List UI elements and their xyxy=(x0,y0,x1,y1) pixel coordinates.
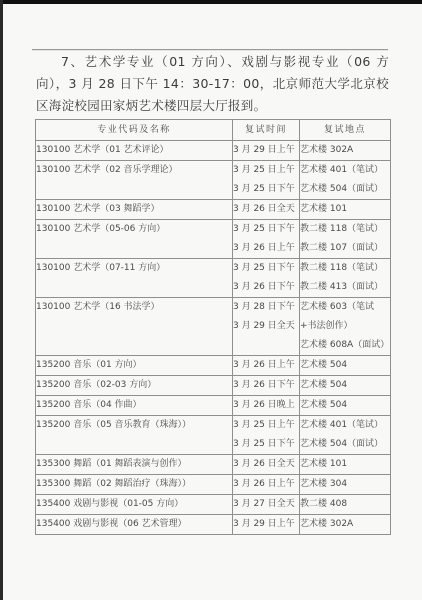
time-line: 3 月 25 日上午 xyxy=(233,416,299,435)
program-cell: 135300 舞蹈（02 舞蹈治疗（珠海）） xyxy=(36,475,233,495)
time-line: 3 月 26 日上午 xyxy=(233,239,299,258)
location-line: 教二楼 408 xyxy=(300,495,390,514)
time-cell: 3 月 25 日下午3 月 26 日下午 xyxy=(233,259,300,298)
top-divider xyxy=(32,49,388,50)
table-row: 135200 音乐（05 音乐教育（珠海））3 月 25 日上午3 月 25 日… xyxy=(36,416,391,455)
time-line: 3 月 26 日下午 xyxy=(233,376,299,395)
program-cell: 130100 艺术学（02 音乐学理论） xyxy=(36,161,233,200)
location-line: 艺术楼 608A（面试） xyxy=(300,336,390,355)
location-line: 教二楼 107（面试） xyxy=(300,239,390,258)
location-line: 艺术楼 302A xyxy=(300,515,390,534)
program-cell: 130100 艺术学（01 艺术评论） xyxy=(36,141,233,161)
location-line: 艺术楼 304 xyxy=(300,475,390,494)
location-cell: 艺术楼 304 xyxy=(300,475,391,495)
time-cell: 3 月 25 日上午3 月 25 日下午 xyxy=(233,416,300,455)
table-row: 135200 音乐（02-03 方向）3 月 26 日下午艺术楼 504 xyxy=(36,376,391,396)
location-line: 艺术楼 504 xyxy=(300,376,390,395)
col-header-program: 专业代码及名称 xyxy=(36,120,233,141)
location-line: 艺术楼 401（笔试） xyxy=(300,416,390,435)
time-line: 3 月 25 日上午 xyxy=(233,161,299,180)
location-cell: 艺术楼 101 xyxy=(300,455,391,475)
table-row: 135200 音乐（04 作曲）3 月 26 日晚上艺术楼 504 xyxy=(36,396,391,416)
time-line: 3 月 26 日全天 xyxy=(233,455,299,474)
location-cell: 艺术楼 302A xyxy=(300,515,391,535)
location-line: 教二楼 118（笔试） xyxy=(300,259,390,278)
location-line: 艺术楼 401（笔试） xyxy=(300,161,390,180)
program-cell: 135300 舞蹈（01 舞蹈表演与创作） xyxy=(36,455,233,475)
time-line: 3 月 29 日上午 xyxy=(233,515,299,534)
time-line: 3 月 26 日下午 xyxy=(233,278,299,297)
time-line: 3 月 26 日晚上 xyxy=(233,396,299,415)
program-cell: 135200 音乐（04 作曲） xyxy=(36,396,233,416)
time-cell: 3 月 26 日上午 xyxy=(233,475,300,495)
location-line: 教二楼 118（笔试） xyxy=(300,220,390,239)
col-header-location: 复试地点 xyxy=(300,120,391,141)
time-cell: 3 月 26 日下午 xyxy=(233,376,300,396)
time-line: 3 月 26 日上午 xyxy=(233,475,299,494)
time-line: 3 月 28 日下午 xyxy=(233,298,299,317)
program-cell: 130100 艺术学（05-06 方向） xyxy=(36,220,233,259)
time-line: 3 月 27 日全天 xyxy=(233,495,299,514)
location-line: 艺术楼 603（笔试+书法创作） xyxy=(300,298,390,336)
location-cell: 艺术楼 504 xyxy=(300,356,391,376)
table-row: 130100 艺术学（16 书法学）3 月 28 日下午3 月 29 日全天艺术… xyxy=(36,298,391,356)
location-cell: 艺术楼 401（笔试）艺术楼 504（面试） xyxy=(300,161,391,200)
time-line: 3 月 25 日下午 xyxy=(233,220,299,239)
time-cell: 3 月 26 日晚上 xyxy=(233,396,300,416)
program-cell: 135400 戏剧与影视（01-05 方向） xyxy=(36,495,233,515)
location-cell: 教二楼 408 xyxy=(300,495,391,515)
table-row: 135200 音乐（01 方向）3 月 26 日上午艺术楼 504 xyxy=(36,356,391,376)
table-header-row: 专业代码及名称 复试时间 复试地点 xyxy=(36,120,391,141)
table-row: 130100 艺术学（01 艺术评论）3 月 29 日上午艺术楼 302A xyxy=(36,141,391,161)
location-line: 艺术楼 504（面试） xyxy=(300,435,390,454)
location-line: 艺术楼 504 xyxy=(300,396,390,415)
location-line: 艺术楼 504（面试） xyxy=(300,180,390,199)
time-line: 3 月 29 日上午 xyxy=(233,141,299,160)
frame-left-edge xyxy=(0,0,3,600)
location-line: 艺术楼 302A xyxy=(300,141,390,160)
table-row: 135300 舞蹈（01 舞蹈表演与创作）3 月 26 日全天艺术楼 101 xyxy=(36,455,391,475)
program-cell: 135200 音乐（02-03 方向） xyxy=(36,376,233,396)
time-line: 3 月 25 日下午 xyxy=(233,180,299,199)
intro-paragraph: 7、艺术学专业（01 方向）、戏剧与影视专业（06 方向），3 月 28 日下午… xyxy=(36,51,389,117)
time-line: 3 月 26 日上午 xyxy=(233,356,299,375)
time-cell: 3 月 26 日全天 xyxy=(233,200,300,220)
program-cell: 135200 音乐（01 方向） xyxy=(36,356,233,376)
schedule-table: 专业代码及名称 复试时间 复试地点 130100 艺术学（01 艺术评论）3 月… xyxy=(35,119,391,535)
time-line: 3 月 26 日全天 xyxy=(233,200,299,219)
location-cell: 艺术楼 302A xyxy=(300,141,391,161)
time-cell: 3 月 28 日下午3 月 29 日全天 xyxy=(233,298,300,356)
location-cell: 艺术楼 504 xyxy=(300,396,391,416)
table-row: 130100 艺术学（03 舞蹈学）3 月 26 日全天艺术楼 101 xyxy=(36,200,391,220)
time-line: 3 月 25 日下午 xyxy=(233,435,299,454)
location-line: 艺术楼 101 xyxy=(300,455,390,474)
time-cell: 3 月 26 日全天 xyxy=(233,455,300,475)
table-row: 130100 艺术学（05-06 方向）3 月 25 日下午3 月 26 日上午… xyxy=(36,220,391,259)
time-cell: 3 月 25 日下午3 月 26 日上午 xyxy=(233,220,300,259)
table-row: 135300 舞蹈（02 舞蹈治疗（珠海））3 月 26 日上午艺术楼 304 xyxy=(36,475,391,495)
program-cell: 135200 音乐（05 音乐教育（珠海）） xyxy=(36,416,233,455)
time-cell: 3 月 25 日上午3 月 25 日下午 xyxy=(233,161,300,200)
frame-top-edge xyxy=(0,0,422,4)
program-cell: 130100 艺术学（16 书法学） xyxy=(36,298,233,356)
col-header-time: 复试时间 xyxy=(233,120,300,141)
time-line: 3 月 25 日下午 xyxy=(233,259,299,278)
location-cell: 教二楼 118（笔试）教二楼 413（面试） xyxy=(300,259,391,298)
table-row: 130100 艺术学（02 音乐学理论）3 月 25 日上午3 月 25 日下午… xyxy=(36,161,391,200)
location-line: 艺术楼 504 xyxy=(300,356,390,375)
table-row: 130100 艺术学（07-11 方向）3 月 25 日下午3 月 26 日下午… xyxy=(36,259,391,298)
program-cell: 135400 戏剧与影视（06 艺术管理） xyxy=(36,515,233,535)
time-cell: 3 月 27 日全天 xyxy=(233,495,300,515)
program-cell: 130100 艺术学（07-11 方向） xyxy=(36,259,233,298)
location-line: 教二楼 413（面试） xyxy=(300,278,390,297)
location-cell: 艺术楼 401（笔试）艺术楼 504（面试） xyxy=(300,416,391,455)
table-row: 135400 戏剧与影视（01-05 方向）3 月 27 日全天教二楼 408 xyxy=(36,495,391,515)
time-cell: 3 月 29 日上午 xyxy=(233,515,300,535)
program-cell: 130100 艺术学（03 舞蹈学） xyxy=(36,200,233,220)
location-cell: 艺术楼 101 xyxy=(300,200,391,220)
location-line: 艺术楼 101 xyxy=(300,200,390,219)
location-cell: 教二楼 118（笔试）教二楼 107（面试） xyxy=(300,220,391,259)
time-line: 3 月 29 日全天 xyxy=(233,317,299,336)
location-cell: 艺术楼 603（笔试+书法创作）艺术楼 608A（面试） xyxy=(300,298,391,356)
table-row: 135400 戏剧与影视（06 艺术管理）3 月 29 日上午艺术楼 302A xyxy=(36,515,391,535)
location-cell: 艺术楼 504 xyxy=(300,376,391,396)
time-cell: 3 月 26 日上午 xyxy=(233,356,300,376)
time-cell: 3 月 29 日上午 xyxy=(233,141,300,161)
